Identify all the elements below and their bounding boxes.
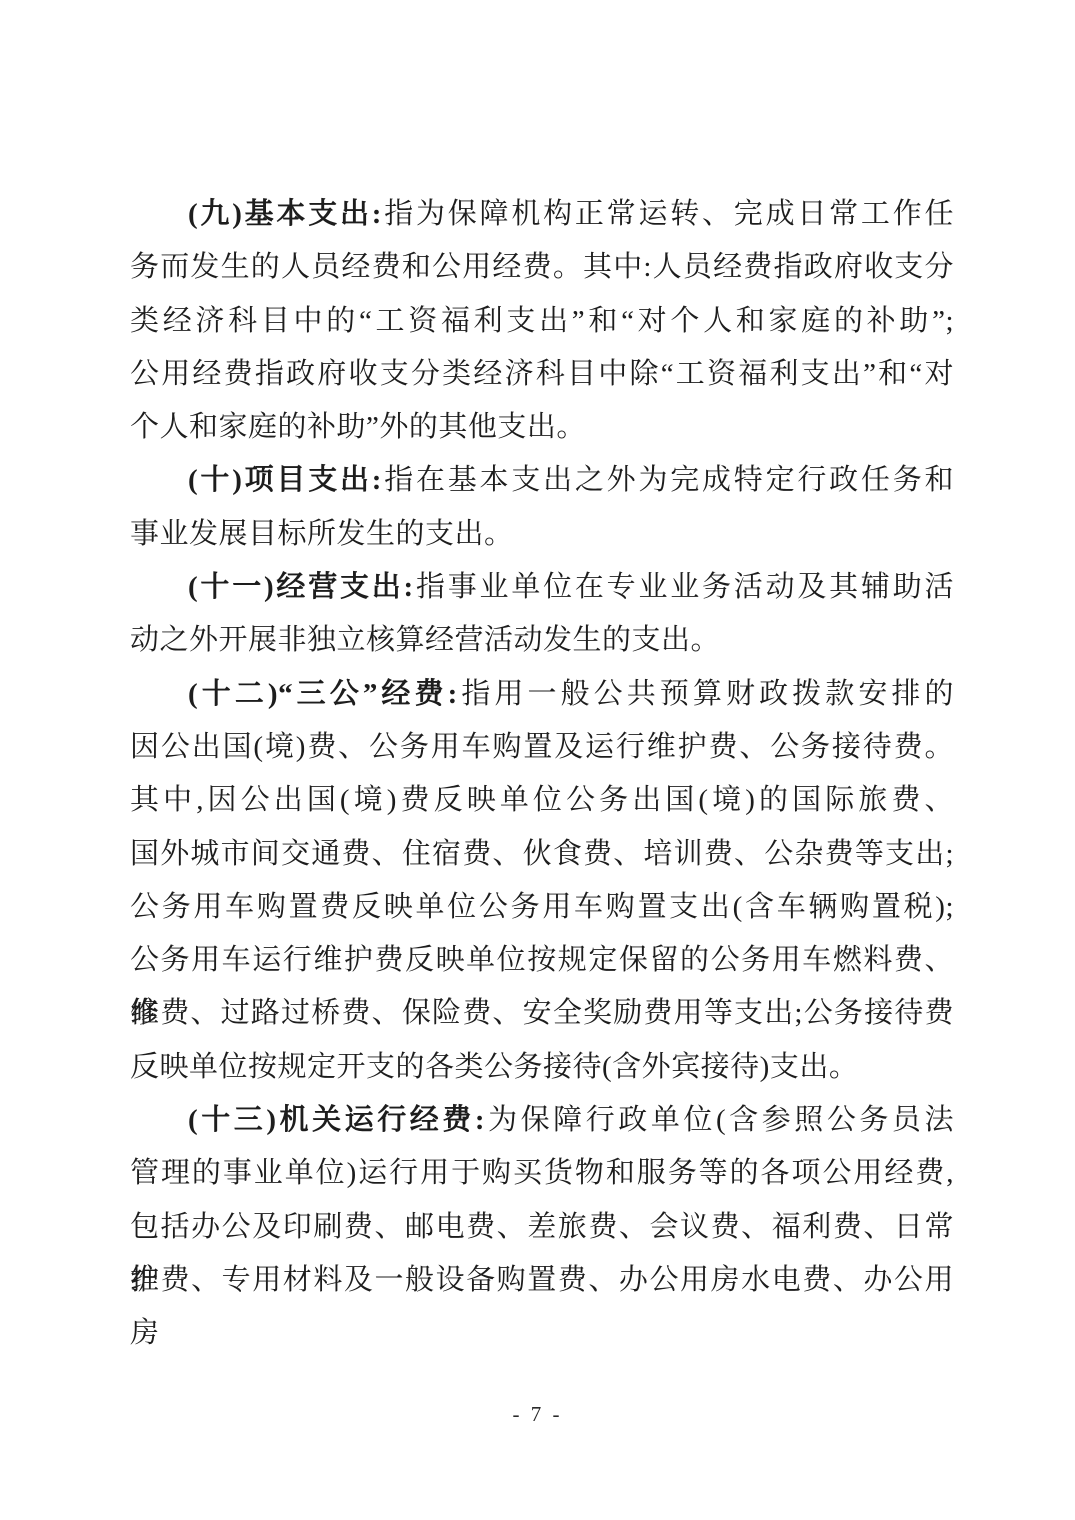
text-line: 国外城市间交通费、住宿费、伙食费、培训费、公杂费等支出; xyxy=(130,828,954,881)
term-heading: (十二)“三公”经费: xyxy=(188,678,458,710)
line-text: 事业发展目标所发生的支出。 xyxy=(130,518,514,550)
term-heading: (十一)经营支出: xyxy=(188,571,414,603)
text-line: (十一)经营支出:指事业单位在专业业务活动及其辅助活 xyxy=(130,561,954,614)
line-text: 其中,因公出国(境)费反映单位公务出国(境)的国际旅费、 xyxy=(130,784,954,816)
document-page: (九)基本支出:指为保障机构正常运转、完成日常工作任务而发生的人员经费和公用经费… xyxy=(0,0,1075,1520)
text-line: 公务用车运行维护费反映单位按规定保留的公务用车燃料费、维 xyxy=(130,934,954,987)
text-line: 修费、过路过桥费、保险费、安全奖励费用等支出;公务接待费 xyxy=(130,987,954,1040)
document-body: (九)基本支出:指为保障机构正常运转、完成日常工作任务而发生的人员经费和公用经费… xyxy=(130,188,954,1307)
line-text: 指用一般公共预算财政拨款安排的 xyxy=(458,678,954,710)
text-line: 因公出国(境)费、公务用车购置及运行维护费、公务接待费。 xyxy=(130,721,954,774)
line-text: 反映单位按规定开支的各类公务接待(含外宾接待)支出。 xyxy=(130,1051,858,1083)
line-text: 修费、过路过桥费、保险费、安全奖励费用等支出;公务接待费 xyxy=(130,997,954,1029)
text-line: 公务用车购置费反映单位公务用车购置支出(含车辆购置税); xyxy=(130,881,954,934)
line-text: 动之外开展非独立核算经营活动发生的支出。 xyxy=(130,624,720,656)
text-line: 类经济科目中的“工资福利支出”和“对个人和家庭的补助”; xyxy=(130,295,954,348)
line-text: 指在基本支出之外为完成特定行政任务和 xyxy=(382,464,954,496)
line-text: 因公出国(境)费、公务用车购置及运行维护费、公务接待费。 xyxy=(130,731,954,763)
line-text: 类经济科目中的“工资福利支出”和“对个人和家庭的补助”; xyxy=(130,305,954,337)
text-line: (十三)机关运行经费:为保障行政单位(含参照公务员法 xyxy=(130,1094,954,1147)
line-text: 指事业单位在专业业务活动及其辅助活 xyxy=(414,571,954,603)
text-line: 公用经费指政府收支分类经济科目中除“工资福利支出”和“对 xyxy=(130,348,954,401)
text-line: 务而发生的人员经费和公用经费。其中:人员经费指政府收支分 xyxy=(130,241,954,294)
text-line: 包括办公及印刷费、邮电费、差旅费、会议费、福利费、日常维 xyxy=(130,1201,954,1254)
line-text: 管理的事业单位)运行用于购买货物和服务等的各项公用经费, xyxy=(130,1157,954,1189)
line-text: 为保障行政单位(含参照公务员法 xyxy=(485,1104,954,1136)
text-line: 护费、专用材料及一般设备购置费、办公用房水电费、办公用房 xyxy=(130,1254,954,1307)
line-text: 国外城市间交通费、住宿费、伙食费、培训费、公杂费等支出; xyxy=(130,838,954,870)
text-line: 管理的事业单位)运行用于购买货物和服务等的各项公用经费, xyxy=(130,1147,954,1200)
definition-paragraph: (十一)经营支出:指事业单位在专业业务活动及其辅助活动之外开展非独立核算经营活动… xyxy=(130,561,954,668)
term-heading: (十)项目支出: xyxy=(188,464,382,496)
line-text: 护费、专用材料及一般设备购置费、办公用房水电费、办公用房 xyxy=(130,1264,954,1349)
definition-paragraph: (十)项目支出:指在基本支出之外为完成特定行政任务和事业发展目标所发生的支出。 xyxy=(130,454,954,561)
text-line: 反映单位按规定开支的各类公务接待(含外宾接待)支出。 xyxy=(130,1041,954,1094)
text-line: 事业发展目标所发生的支出。 xyxy=(130,508,954,561)
text-line: (十)项目支出:指在基本支出之外为完成特定行政任务和 xyxy=(130,454,954,507)
line-text: 公务用车购置费反映单位公务用车购置支出(含车辆购置税); xyxy=(130,891,954,923)
text-line: 动之外开展非独立核算经营活动发生的支出。 xyxy=(130,614,954,667)
page-number: - 7 - xyxy=(0,1400,1075,1428)
term-heading: (十三)机关运行经费: xyxy=(188,1104,485,1136)
term-heading: (九)基本支出: xyxy=(188,198,382,230)
text-line: 个人和家庭的补助”外的其他支出。 xyxy=(130,401,954,454)
line-text: 务而发生的人员经费和公用经费。其中:人员经费指政府收支分 xyxy=(130,251,954,283)
definition-paragraph: (十二)“三公”经费:指用一般公共预算财政拨款安排的因公出国(境)费、公务用车购… xyxy=(130,668,954,1094)
definition-paragraph: (十三)机关运行经费:为保障行政单位(含参照公务员法管理的事业单位)运行用于购买… xyxy=(130,1094,954,1307)
line-text: 公用经费指政府收支分类经济科目中除“工资福利支出”和“对 xyxy=(130,358,954,390)
definition-paragraph: (九)基本支出:指为保障机构正常运转、完成日常工作任务而发生的人员经费和公用经费… xyxy=(130,188,954,454)
text-line: 其中,因公出国(境)费反映单位公务出国(境)的国际旅费、 xyxy=(130,774,954,827)
text-line: (十二)“三公”经费:指用一般公共预算财政拨款安排的 xyxy=(130,668,954,721)
line-text: 个人和家庭的补助”外的其他支出。 xyxy=(130,411,586,443)
text-line: (九)基本支出:指为保障机构正常运转、完成日常工作任 xyxy=(130,188,954,241)
line-text: 指为保障机构正常运转、完成日常工作任 xyxy=(382,198,954,230)
